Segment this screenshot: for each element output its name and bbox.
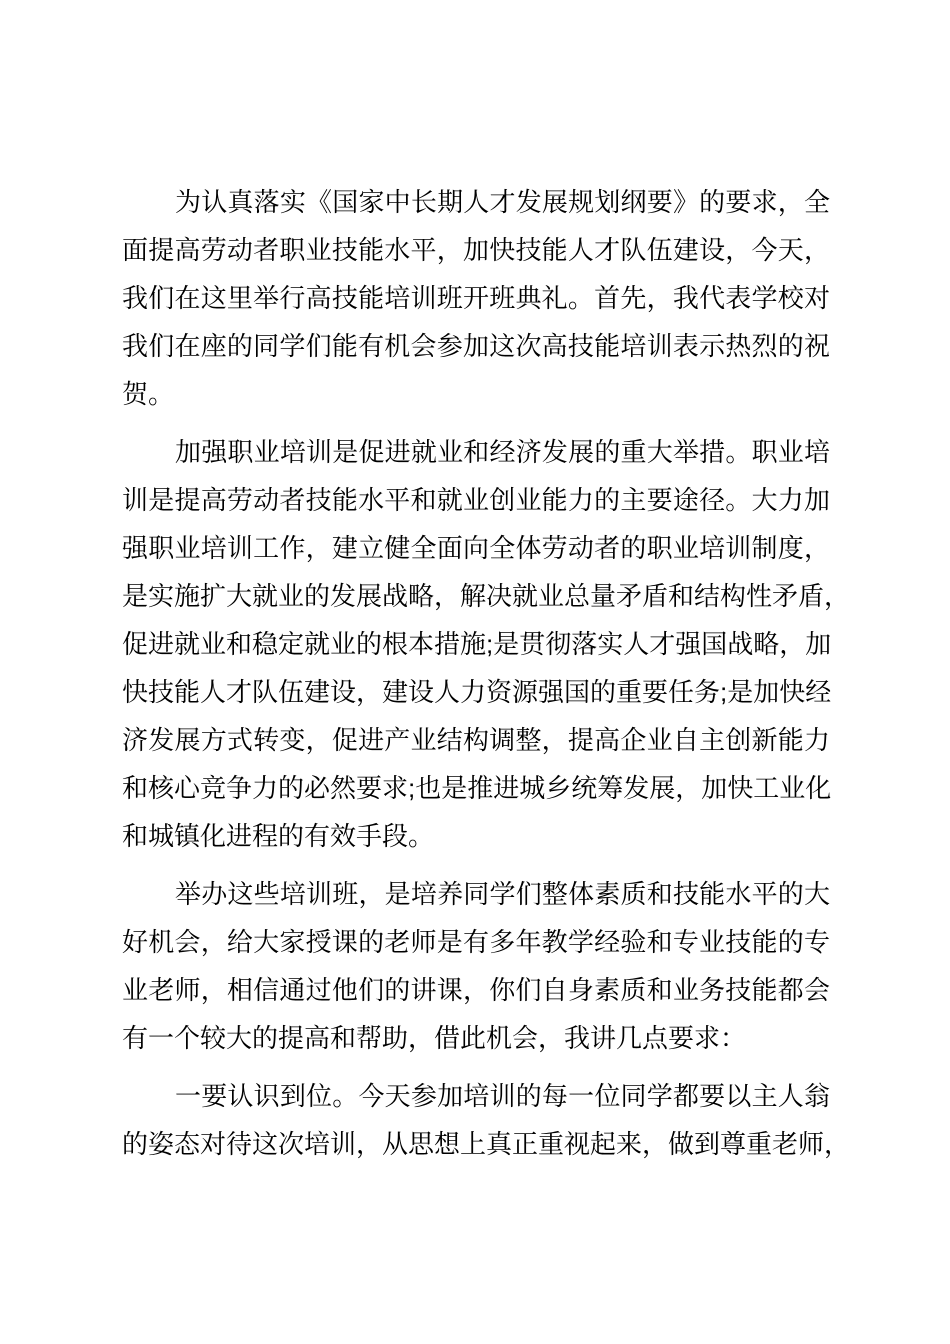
text-line: 有一个较大的提高和帮助，借此机会，我讲几点要求： (122, 1014, 830, 1062)
text-line: 我们在座的同学们能有机会参加这次高技能培训表示热烈的祝 (122, 322, 830, 370)
text-line: 济发展方式转变，促进产业结构调整，提高企业自主创新能力 (122, 716, 830, 764)
paragraph: 为认真落实《国家中长期人才发展规划纲要》的要求，全面提高劳动者职业技能水平，加快… (122, 178, 830, 418)
document-page: 为认真落实《国家中长期人才发展规划纲要》的要求，全面提高劳动者职业技能水平，加快… (0, 0, 950, 1344)
text-line: 和城镇化进程的有效手段。 (122, 812, 830, 860)
paragraph: 举办这些培训班，是培养同学们整体素质和技能水平的大好机会，给大家授课的老师是有多… (122, 870, 830, 1062)
text-line: 举办这些培训班，是培养同学们整体素质和技能水平的大 (122, 870, 830, 918)
text-line: 好机会，给大家授课的老师是有多年教学经验和专业技能的专 (122, 918, 830, 966)
document-body: 为认真落实《国家中长期人才发展规划纲要》的要求，全面提高劳动者职业技能水平，加快… (122, 178, 830, 1178)
text-line: 贺。 (122, 370, 830, 418)
text-line: 一要认识到位。今天参加培训的每一位同学都要以主人翁 (122, 1072, 830, 1120)
text-line: 我们在这里举行高技能培训班开班典礼。首先，我代表学校对 (122, 274, 830, 322)
text-line: 加强职业培训是促进就业和经济发展的重大举措。职业培 (122, 428, 830, 476)
text-line: 为认真落实《国家中长期人才发展规划纲要》的要求，全 (122, 178, 830, 226)
text-line: 是实施扩大就业的发展战略，解决就业总量矛盾和结构性矛盾， (122, 572, 830, 620)
text-line: 促进就业和稳定就业的根本措施;是贯彻落实人才强国战略，加 (122, 620, 830, 668)
text-line: 业老师，相信通过他们的讲课，你们自身素质和业务技能都会 (122, 966, 830, 1014)
text-line: 面提高劳动者职业技能水平，加快技能人才队伍建设，今天， (122, 226, 830, 274)
text-line: 快技能人才队伍建设，建设人力资源强国的重要任务;是加快经 (122, 668, 830, 716)
text-line: 强职业培训工作，建立健全面向全体劳动者的职业培训制度， (122, 524, 830, 572)
paragraph: 一要认识到位。今天参加培训的每一位同学都要以主人翁的姿态对待这次培训，从思想上真… (122, 1072, 830, 1168)
text-line: 的姿态对待这次培训，从思想上真正重视起来，做到尊重老师， (122, 1120, 830, 1168)
text-line: 训是提高劳动者技能水平和就业创业能力的主要途径。大力加 (122, 476, 830, 524)
text-line: 和核心竞争力的必然要求;也是推进城乡统筹发展，加快工业化 (122, 764, 830, 812)
paragraph: 加强职业培训是促进就业和经济发展的重大举措。职业培训是提高劳动者技能水平和就业创… (122, 428, 830, 860)
